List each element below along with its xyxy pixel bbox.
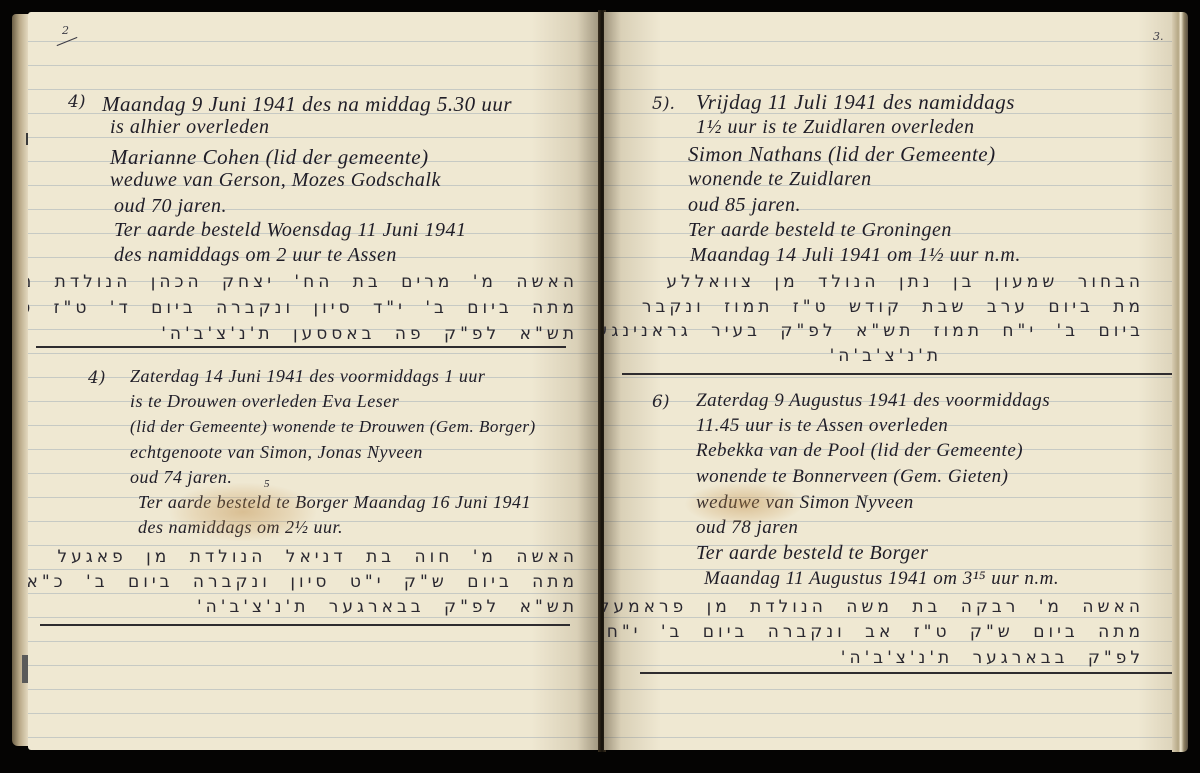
hebrew-line: מתה ביום ש"ק ט"ז אב ונקברה ביום ב' י"ח א… <box>604 622 1144 642</box>
entry-number: 4) <box>88 368 105 388</box>
entry-divider <box>36 346 566 348</box>
entry-line: Ter aarde besteld te Groningen <box>688 219 952 242</box>
hebrew-line: מתה ביום ש"ק י"ט סיון ונקברה ביום ב' כ"א… <box>28 572 578 592</box>
entry-line: oud 70 jaren. <box>114 195 227 218</box>
entry-number: 4) <box>68 92 85 112</box>
entry-line: Zaterdag 14 Juni 1941 des voormiddags 1 … <box>130 366 485 387</box>
entry-line: Zaterdag 9 Augustus 1941 des voormiddags <box>696 390 1050 412</box>
hebrew-line: האשה מ' רבקה בת משה הנולדת מן פראמעל <box>604 597 1144 617</box>
entry-line: oud 85 jaren. <box>688 194 801 217</box>
entry-line: is alhier overleden <box>110 116 269 139</box>
entry-line: wonende te Zuidlaren <box>688 168 872 191</box>
hebrew-line: מת ביום ערב שבת קודש ט"ז תמוז ונקבר <box>642 297 1144 317</box>
deceased-name: Simon Nathans (lid der Gemeente) <box>688 142 996 167</box>
entry-line: (lid der Gemeente) wonende te Drouwen (G… <box>130 417 536 437</box>
hebrew-line: הבחור שמעון בן נתן הנולד מן צוואללע <box>666 272 1144 292</box>
page-edges-right <box>1172 12 1188 752</box>
hebrew-line: תש"א לפ"ק בבארגער ת'נ'צ'ב'ה' <box>197 597 578 617</box>
entry-divider <box>40 624 570 626</box>
entry-line: Maandag 14 Juli 1941 om 1½ uur n.m. <box>690 244 1021 267</box>
entry-line: Ter aarde besteld Woensdag 11 Juni 1941 <box>114 219 466 242</box>
hebrew-line: האשה מ' מרים בת הח' יצחק הכהן הנולדת מן … <box>28 272 578 292</box>
hebrew-line: לפ"ק בבארגער ת'נ'צ'ב'ה' <box>841 648 1144 668</box>
entry-line: des namiddags om 2 uur te Assen <box>114 244 397 267</box>
open-notebook: 2 4) Maandag 9 Juni 1941 des na middag 5… <box>0 0 1200 773</box>
left-page: 2 4) Maandag 9 Juni 1941 des na middag 5… <box>28 12 600 750</box>
entry-line: Vrijdag 11 Juli 1941 des namiddags <box>696 90 1015 115</box>
entry-divider <box>622 373 1172 375</box>
hebrew-line: ביום ב' י"ח תמוז תש"א לפ"ק בעיר גראנינגע… <box>604 321 1144 341</box>
page-number-underline <box>57 37 78 46</box>
hebrew-line: מתה ביום ב' י"ד סיון ונקברה ביום ד' ט"ז … <box>28 298 578 318</box>
hebrew-line: ת'נ'צ'ב'ה' <box>830 346 942 366</box>
entry-line: Ter aarde besteld te Borger <box>696 542 928 565</box>
entry-line: Maandag 9 Juni 1941 des na middag 5.30 u… <box>102 92 512 117</box>
page-number: 2 <box>62 24 69 37</box>
entry-divider <box>640 672 1172 674</box>
deceased-name: Rebekka van de Pool (lid der Gemeente) <box>696 440 1023 462</box>
entry-number: 5). <box>652 94 675 114</box>
paper-stain <box>168 482 318 542</box>
entry-line: Maandag 11 Augustus 1941 om 3¹⁵ uur n.m. <box>704 568 1059 590</box>
page-number: 3. <box>1153 30 1164 43</box>
entry-line: weduwe van Gerson, Mozes Godschalk <box>110 169 441 192</box>
entry-line: echtgenoote van Simon, Jonas Nyveen <box>130 442 423 463</box>
entry-line: 11.45 uur is te Assen overleden <box>696 415 948 437</box>
paper-stain <box>684 482 804 526</box>
right-page: 3. 5). Vrijdag 11 Juli 1941 des namiddag… <box>604 12 1172 750</box>
entry-number: 6) <box>652 392 669 412</box>
entry-line: 1½ uur is te Zuidlaren overleden <box>696 116 975 139</box>
hebrew-line: האשה מ' חוה בת דניאל הנולדת מן פאגעל <box>57 547 578 567</box>
deceased-name: Marianne Cohen (lid der gemeente) <box>110 145 429 170</box>
hebrew-line: תש"א לפ"ק פה באססען ת'נ'צ'ב'ה' <box>161 324 578 344</box>
entry-line: is te Drouwen overleden Eva Leser <box>130 391 399 412</box>
